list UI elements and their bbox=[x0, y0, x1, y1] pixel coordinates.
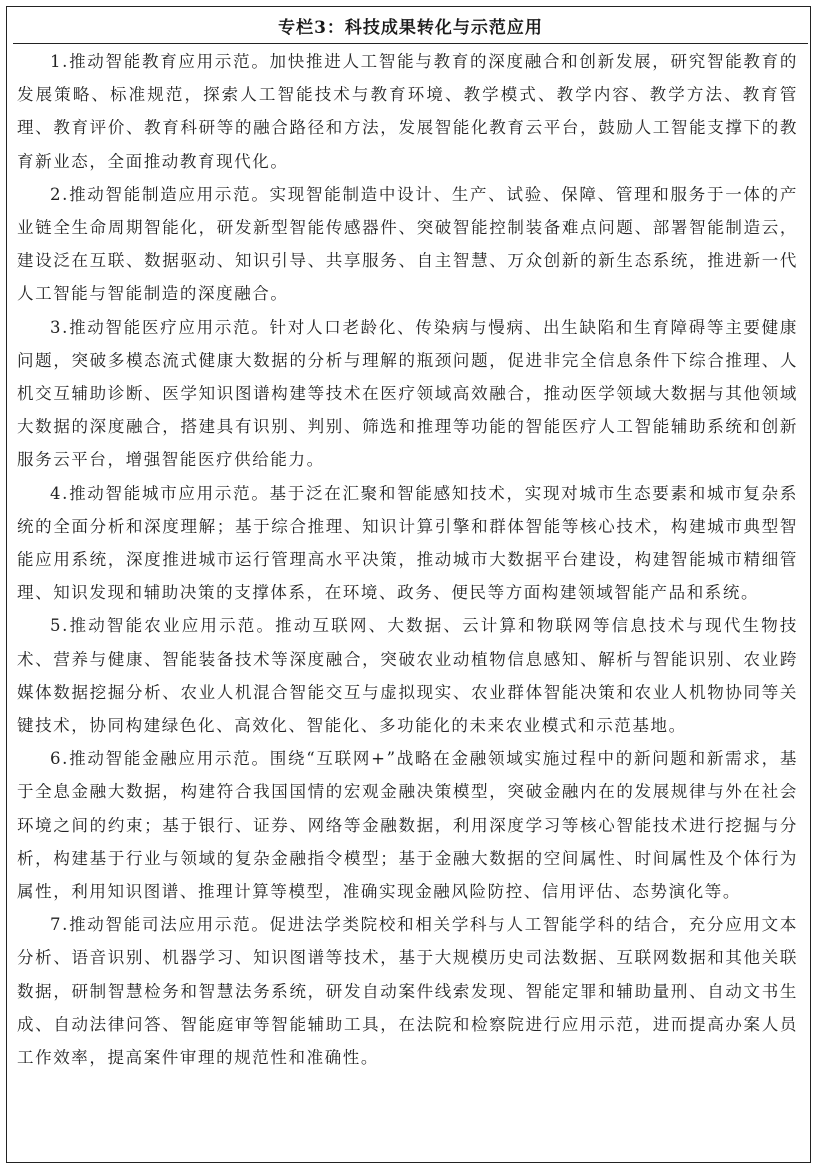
column-body: 1.推动智能教育应用示范。加快推进人工智能与教育的深度融合和创新发展，研究智能教… bbox=[17, 45, 798, 1074]
paragraph-smart-education: 1.推动智能教育应用示范。加快推进人工智能与教育的深度融合和创新发展，研究智能教… bbox=[17, 45, 798, 178]
paragraph-smart-judiciary: 7.推动智能司法应用示范。促进法学类院校和相关学科与人工智能学科的结合，充分应用… bbox=[17, 908, 798, 1074]
paragraph-smart-agriculture: 5.推动智能农业应用示范。推动互联网、大数据、云计算和物联网等信息技术与现代生物… bbox=[17, 609, 798, 742]
column-box: 专栏3：科技成果转化与示范应用 1.推动智能教育应用示范。加快推进人工智能与教育… bbox=[6, 6, 811, 1163]
paragraph-smart-finance: 6.推动智能金融应用示范。围绕“互联网+”战略在金融领域实施过程中的新问题和新需… bbox=[17, 742, 798, 908]
column-header: 专栏3：科技成果转化与示范应用 bbox=[13, 7, 808, 44]
paragraph-smart-healthcare: 3.推动智能医疗应用示范。针对人口老龄化、传染病与慢病、出生缺陷和生育障碍等主要… bbox=[17, 311, 798, 477]
paragraph-smart-city: 4.推动智能城市应用示范。基于泛在汇聚和智能感知技术，实现对城市生态要素和城市复… bbox=[17, 477, 798, 610]
paragraph-smart-manufacturing: 2.推动智能制造应用示范。实现智能制造中设计、生产、试验、保障、管理和服务于一体… bbox=[17, 178, 798, 311]
column-title: 专栏3：科技成果转化与示范应用 bbox=[278, 13, 543, 38]
